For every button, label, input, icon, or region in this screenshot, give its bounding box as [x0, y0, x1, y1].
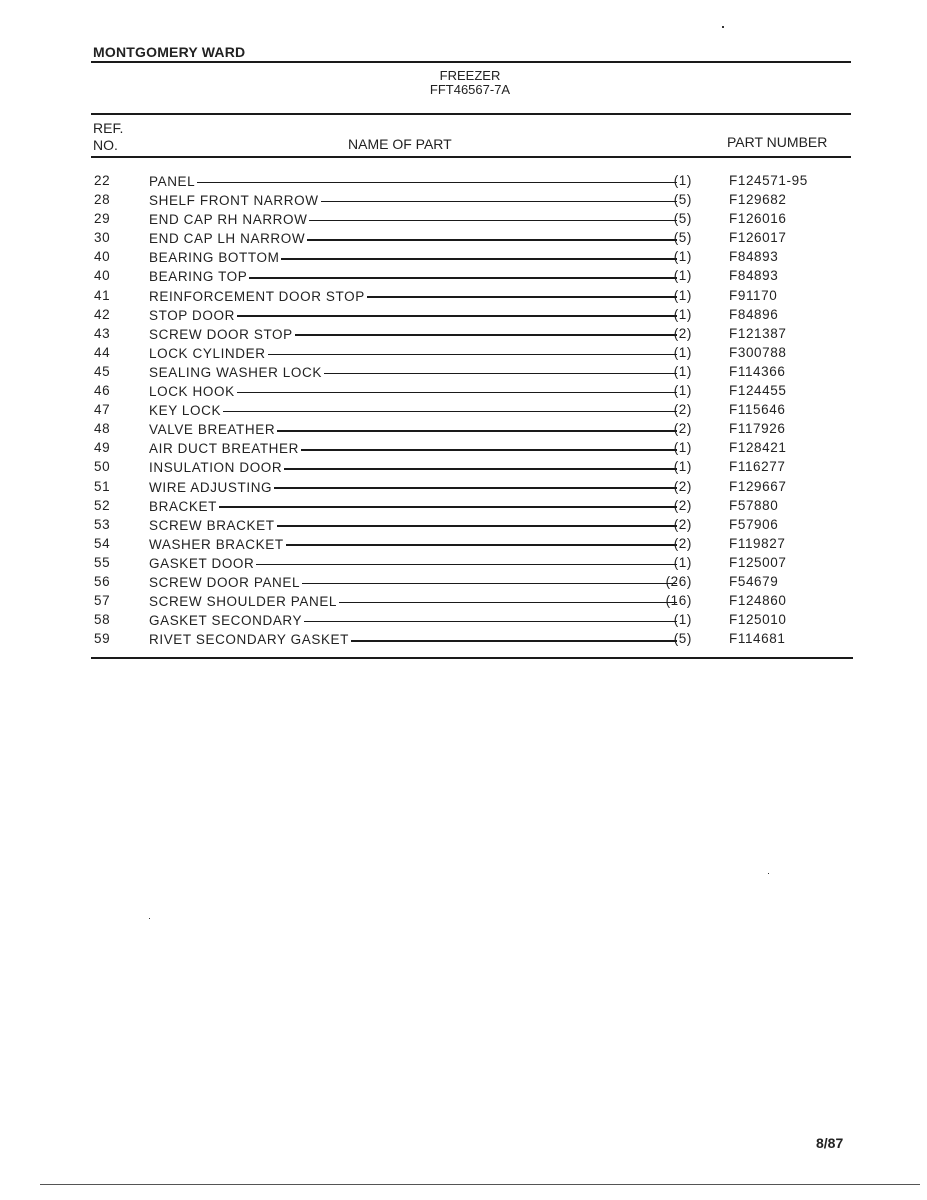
quantity: (1): [674, 383, 692, 398]
part-name-cell: SCREW BRACKET: [149, 517, 677, 534]
part-number: F129682: [729, 192, 787, 207]
quantity: (5): [674, 631, 692, 646]
part-name: SCREW DOOR PANEL: [149, 575, 300, 590]
ref-number: 49: [94, 440, 110, 455]
product-title: FREEZER: [380, 69, 560, 83]
leader-line: [237, 315, 677, 317]
part-name: WIRE ADJUSTING: [149, 480, 272, 495]
model-number: FFT46567-7A: [380, 83, 560, 97]
quantity: (1): [674, 268, 692, 283]
part-name: SEALING WASHER LOCK: [149, 365, 322, 380]
part-number: F114366: [729, 364, 786, 379]
table-row: 28SHELF FRONT NARROW(5)F129682: [0, 192, 927, 211]
quantity: (16): [666, 593, 692, 608]
ref-number: 28: [94, 192, 110, 207]
leader-line: [307, 239, 677, 241]
leader-line: [219, 506, 677, 508]
quantity: (2): [674, 479, 692, 494]
part-name: GASKET DOOR: [149, 556, 254, 571]
quantity: (1): [674, 307, 692, 322]
part-name-cell: PANEL: [149, 173, 677, 190]
ref-number: 51: [94, 479, 110, 494]
part-name-cell: WIRE ADJUSTING: [149, 479, 677, 496]
ref-number: 42: [94, 307, 110, 322]
company-name: MONTGOMERY WARD: [93, 44, 245, 60]
part-name: PANEL: [149, 174, 195, 189]
part-name: STOP DOOR: [149, 308, 235, 323]
leader-line: [197, 182, 677, 184]
parts-list: 22PANEL(1)F124571-9528SHELF FRONT NARROW…: [0, 173, 927, 650]
leader-line: [286, 544, 677, 546]
part-name-cell: END CAP RH NARROW: [149, 211, 677, 228]
part-number: F84893: [729, 249, 778, 264]
part-name-cell: REINFORCEMENT DOOR STOP: [149, 288, 677, 305]
column-header-ref-line2: NO.: [93, 137, 123, 154]
part-name: END CAP RH NARROW: [149, 212, 307, 227]
part-number: F84896: [729, 307, 778, 322]
table-row: 40BEARING TOP(1)F84893: [0, 268, 927, 287]
part-number: F54679: [729, 574, 778, 589]
part-number: F124455: [729, 383, 787, 398]
leader-line: [295, 334, 677, 336]
part-name: BEARING BOTTOM: [149, 250, 279, 265]
part-name: KEY LOCK: [149, 403, 221, 418]
part-name-cell: GASKET DOOR: [149, 555, 677, 572]
part-name: SHELF FRONT NARROW: [149, 193, 319, 208]
leader-line: [249, 277, 677, 279]
part-name-cell: SHELF FRONT NARROW: [149, 192, 677, 209]
leader-line: [274, 487, 677, 489]
part-number: F115646: [729, 402, 786, 417]
table-row: 46LOCK HOOK(1)F124455: [0, 383, 927, 402]
part-name: GASKET SECONDARY: [149, 613, 302, 628]
part-name-cell: INSULATION DOOR: [149, 459, 677, 476]
quantity: (1): [674, 555, 692, 570]
part-name-cell: KEY LOCK: [149, 402, 677, 419]
quantity: (5): [674, 230, 692, 245]
leader-line: [301, 449, 677, 451]
part-number: F126017: [729, 230, 787, 245]
quantity: (1): [674, 288, 692, 303]
leader-line: [321, 201, 677, 203]
leader-line: [324, 373, 677, 375]
leader-line: [223, 411, 677, 413]
quantity: (2): [674, 326, 692, 341]
ref-number: 29: [94, 211, 110, 226]
ref-number: 22: [94, 173, 110, 188]
table-row: 51WIRE ADJUSTING(2)F129667: [0, 479, 927, 498]
ref-number: 47: [94, 402, 110, 417]
quantity: (5): [674, 192, 692, 207]
table-row: 57SCREW SHOULDER PANEL(16)F124860: [0, 593, 927, 612]
table-row: 52BRACKET(2)F57880: [0, 498, 927, 517]
scan-speck: [722, 26, 724, 28]
part-name-cell: BEARING TOP: [149, 268, 677, 285]
ref-number: 46: [94, 383, 110, 398]
leader-line: [284, 468, 677, 470]
title-rule: [91, 113, 851, 115]
part-number: F121387: [729, 326, 787, 341]
ref-number: 45: [94, 364, 110, 379]
table-row: 56SCREW DOOR PANEL(26)F54679: [0, 574, 927, 593]
part-number: F126016: [729, 211, 787, 226]
ref-number: 41: [94, 288, 110, 303]
header-rule: [91, 61, 851, 63]
part-name: AIR DUCT BREATHER: [149, 441, 299, 456]
part-number: F84893: [729, 268, 778, 283]
table-row: 22PANEL(1)F124571-95: [0, 173, 927, 192]
quantity: (1): [674, 459, 692, 474]
part-number: F57880: [729, 498, 778, 513]
footer-rule: [40, 1184, 920, 1185]
ref-number: 44: [94, 345, 110, 360]
table-row: 59RIVET SECONDARY GASKET(5)F114681: [0, 631, 927, 650]
part-number: F125007: [729, 555, 787, 570]
table-row: 42STOP DOOR(1)F84896: [0, 307, 927, 326]
part-name-cell: WASHER BRACKET: [149, 536, 677, 553]
column-header-part-number: PART NUMBER: [727, 134, 827, 150]
part-name: SCREW DOOR STOP: [149, 327, 293, 342]
leader-line: [304, 621, 677, 623]
table-row: 49AIR DUCT BREATHER(1)F128421: [0, 440, 927, 459]
table-row: 55GASKET DOOR(1)F125007: [0, 555, 927, 574]
part-name-cell: AIR DUCT BREATHER: [149, 440, 677, 457]
part-name-cell: STOP DOOR: [149, 307, 677, 324]
table-bottom-rule: [91, 657, 853, 659]
table-row: 54WASHER BRACKET(2)F119827: [0, 536, 927, 555]
part-number: F125010: [729, 612, 787, 627]
ref-number: 40: [94, 268, 110, 283]
leader-line: [277, 525, 677, 527]
ref-number: 52: [94, 498, 110, 513]
quantity: (5): [674, 211, 692, 226]
quantity: (26): [666, 574, 692, 589]
leader-line: [351, 640, 677, 642]
quantity: (2): [674, 517, 692, 532]
ref-number: 53: [94, 517, 110, 532]
leader-line: [256, 564, 677, 566]
part-name-cell: SEALING WASHER LOCK: [149, 364, 677, 381]
scan-speck: [149, 918, 150, 919]
leader-line: [281, 258, 677, 260]
ref-number: 40: [94, 249, 110, 264]
ref-number: 55: [94, 555, 110, 570]
table-row: 41REINFORCEMENT DOOR STOP(1)F91170: [0, 288, 927, 307]
quantity: (1): [674, 345, 692, 360]
part-number: F300788: [729, 345, 787, 360]
table-row: 43SCREW DOOR STOP(2)F121387: [0, 326, 927, 345]
table-row: 47KEY LOCK(2)F115646: [0, 402, 927, 421]
column-header-rule: [91, 156, 851, 158]
table-row: 50INSULATION DOOR(1)F116277: [0, 459, 927, 478]
ref-number: 57: [94, 593, 110, 608]
ref-number: 48: [94, 421, 110, 436]
part-name: BRACKET: [149, 499, 217, 514]
column-header-ref-line1: REF.: [93, 120, 123, 137]
part-name-cell: SCREW SHOULDER PANEL: [149, 593, 677, 610]
table-row: 44LOCK CYLINDER(1)F300788: [0, 345, 927, 364]
part-name: END CAP LH NARROW: [149, 231, 305, 246]
part-name: SCREW BRACKET: [149, 518, 275, 533]
part-name: LOCK HOOK: [149, 384, 235, 399]
leader-line: [277, 430, 677, 432]
leader-line: [302, 583, 677, 585]
quantity: (2): [674, 421, 692, 436]
quantity: (2): [674, 402, 692, 417]
part-name-cell: LOCK HOOK: [149, 383, 677, 400]
part-number: F119827: [729, 536, 786, 551]
table-row: 29END CAP RH NARROW(5)F126016: [0, 211, 927, 230]
table-row: 58GASKET SECONDARY(1)F125010: [0, 612, 927, 631]
part-number: F124860: [729, 593, 787, 608]
part-name: BEARING TOP: [149, 269, 247, 284]
leader-line: [268, 354, 677, 356]
leader-line: [367, 296, 677, 298]
part-name: LOCK CYLINDER: [149, 346, 266, 361]
leader-line: [339, 602, 677, 604]
part-name-cell: BEARING BOTTOM: [149, 249, 677, 266]
title-block: FREEZER FFT46567-7A: [380, 69, 560, 97]
quantity: (1): [674, 440, 692, 455]
column-header-ref: REF. NO.: [93, 120, 123, 154]
leader-line: [309, 220, 677, 222]
quantity: (2): [674, 536, 692, 551]
part-name-cell: BRACKET: [149, 498, 677, 515]
quantity: (1): [674, 249, 692, 264]
part-number: F91170: [729, 288, 777, 303]
ref-number: 50: [94, 459, 110, 474]
part-number: F116277: [729, 459, 786, 474]
part-name-cell: SCREW DOOR STOP: [149, 326, 677, 343]
part-number: F124571-95: [729, 173, 808, 188]
part-name-cell: GASKET SECONDARY: [149, 612, 677, 629]
part-number: F129667: [729, 479, 787, 494]
part-name: SCREW SHOULDER PANEL: [149, 594, 337, 609]
part-name-cell: END CAP LH NARROW: [149, 230, 677, 247]
part-name-cell: LOCK CYLINDER: [149, 345, 677, 362]
table-row: 45SEALING WASHER LOCK(1)F114366: [0, 364, 927, 383]
part-name: WASHER BRACKET: [149, 537, 284, 552]
table-row: 30END CAP LH NARROW(5)F126017: [0, 230, 927, 249]
part-name-cell: VALVE BREATHER: [149, 421, 677, 438]
ref-number: 30: [94, 230, 110, 245]
part-number: F117926: [729, 421, 786, 436]
table-row: 40BEARING BOTTOM(1)F84893: [0, 249, 927, 268]
part-name: VALVE BREATHER: [149, 422, 275, 437]
part-name-cell: SCREW DOOR PANEL: [149, 574, 677, 591]
part-number: F128421: [729, 440, 787, 455]
part-name-cell: RIVET SECONDARY GASKET: [149, 631, 677, 648]
part-number: F114681: [729, 631, 786, 646]
table-row: 53SCREW BRACKET(2)F57906: [0, 517, 927, 536]
leader-line: [237, 392, 677, 394]
ref-number: 56: [94, 574, 110, 589]
quantity: (2): [674, 498, 692, 513]
quantity: (1): [674, 364, 692, 379]
column-header-name: NAME OF PART: [348, 136, 452, 152]
ref-number: 43: [94, 326, 110, 341]
quantity: (1): [674, 173, 692, 188]
ref-number: 54: [94, 536, 110, 551]
part-name: INSULATION DOOR: [149, 460, 282, 475]
ref-number: 58: [94, 612, 110, 627]
page-date-code: 8/87: [816, 1135, 843, 1151]
ref-number: 59: [94, 631, 110, 646]
part-name: RIVET SECONDARY GASKET: [149, 632, 349, 647]
scan-speck: [768, 873, 769, 874]
table-row: 48VALVE BREATHER(2)F117926: [0, 421, 927, 440]
part-name: REINFORCEMENT DOOR STOP: [149, 289, 365, 304]
quantity: (1): [674, 612, 692, 627]
part-number: F57906: [729, 517, 778, 532]
